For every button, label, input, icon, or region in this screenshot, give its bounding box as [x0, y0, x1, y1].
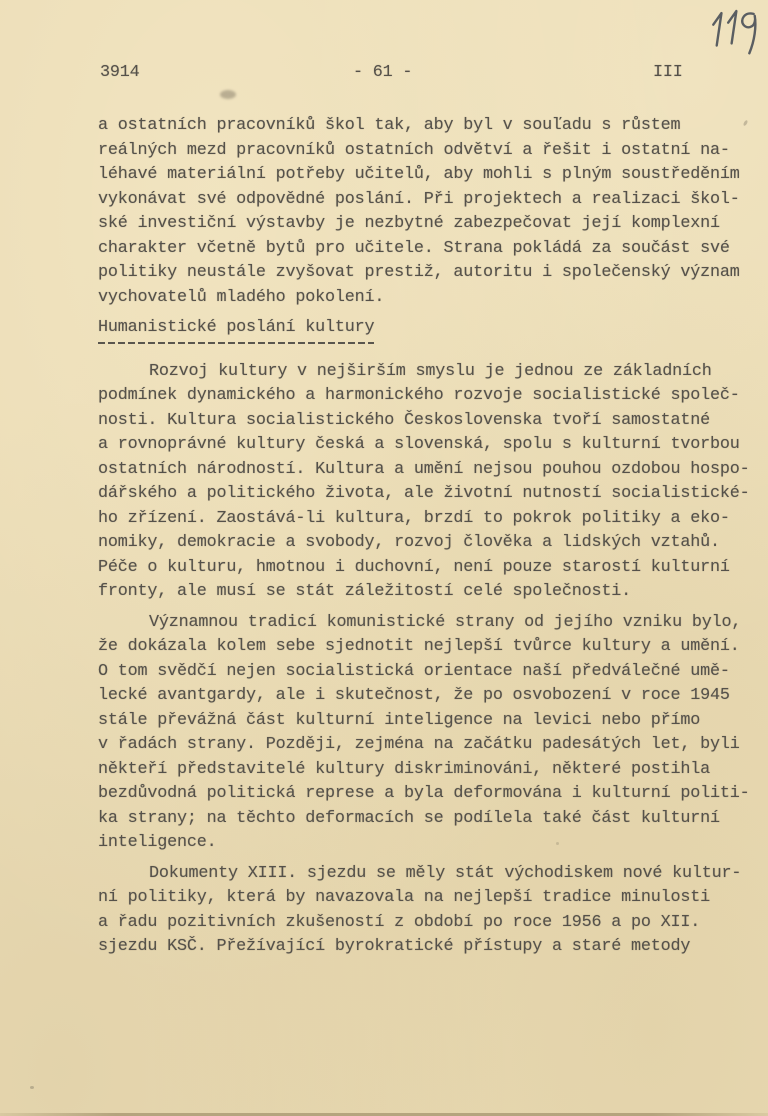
text-line: a ostatních pracovníků škol tak, aby byl… [98, 114, 764, 139]
text-line: ka strany; na těchto deformacích se podí… [98, 807, 764, 832]
text-line: nomiky, demokracie a svobody, rozvoj člo… [98, 531, 764, 556]
page-header: 3914 - 61 - III [0, 63, 768, 85]
paper-speck [556, 842, 559, 845]
text-line: Péče o kulturu, hmotnou i duchovní, není… [98, 556, 764, 581]
text-line: a rovnoprávné kultury česká a slovenská,… [98, 433, 764, 458]
text-line: inteligence. [98, 831, 764, 856]
text-line: bezdůvodná politická represe a byla defo… [98, 782, 764, 807]
text-line: politiky neustále zvyšovat prestiž, auto… [98, 261, 764, 286]
text-line: charakter včetně bytů pro učitele. Stran… [98, 237, 764, 262]
text-line: stále převážná část kulturní inteligence… [98, 709, 764, 734]
page-number: - 61 - [353, 63, 412, 82]
text-line: vychovatelů mladého pokolení. [98, 286, 764, 311]
ink-smudge [220, 90, 236, 99]
text-line: fronty, ale musí se stát záležitostí cel… [98, 580, 764, 605]
paper-speck [30, 1086, 34, 1089]
text-line: a řadu pozitivních zkušeností z období p… [98, 911, 764, 936]
text-line: lecké avantgardy, ale i skutečnost, že p… [98, 684, 764, 709]
text-line: ské investiční výstavby je nezbytné zabe… [98, 212, 764, 237]
document-text: a ostatních pracovníků škol tak, aby byl… [98, 114, 764, 960]
paragraph: Rozvoj kultury v nejširším smyslu je jed… [98, 360, 764, 605]
text-line: reálných mezd pracovníků ostatních odvět… [98, 139, 764, 164]
text-line: že dokázala kolem sebe sjednotit nejlepš… [98, 635, 764, 660]
text-line: v řadách strany. Později, zejména na zač… [98, 733, 764, 758]
text-line: Dokumenty XIII. sjezdu se měly stát vých… [98, 862, 764, 887]
text-line: O tom svědčí nejen socialistická orienta… [98, 660, 764, 685]
text-line: někteří představitelé kultury diskrimino… [98, 758, 764, 783]
text-line: podmínek dynamického a harmonického rozv… [98, 384, 764, 409]
paragraph: Významnou tradicí komunistické strany od… [98, 611, 764, 856]
text-line: ostatních národností. Kultura a umění ne… [98, 458, 764, 483]
handwritten-page-number [708, 6, 768, 63]
document-page: { "handwritten": { "page_number": "119",… [0, 0, 768, 1116]
text-line: ní politiky, která by navazovala na nejl… [98, 886, 764, 911]
text-line: vykonávat své odpovědné poslání. Při pro… [98, 188, 764, 213]
text-line: nosti. Kultura socialistického Českoslov… [98, 409, 764, 434]
paragraph: a ostatních pracovníků škol tak, aby byl… [98, 114, 764, 310]
paragraph: Dokumenty XIII. sjezdu se měly stát vých… [98, 862, 764, 960]
section-numeral: III [653, 63, 683, 82]
text-line: Rozvoj kultury v nejširším smyslu je jed… [98, 360, 764, 385]
text-line: Významnou tradicí komunistické strany od… [98, 611, 764, 636]
text-line: sjezdu KSČ. Přežívající byrokratické pří… [98, 935, 764, 960]
text-line: léhavé materiální potřeby učitelů, aby m… [98, 163, 764, 188]
text-line: ho zřízení. Zaostává-li kultura, brzdí t… [98, 507, 764, 532]
text-line: dářského a politického života, ale život… [98, 482, 764, 507]
section-heading: Humanistické poslání kultury [98, 316, 374, 344]
handwritten-119-strokes [708, 6, 767, 58]
document-number: 3914 [100, 63, 139, 82]
